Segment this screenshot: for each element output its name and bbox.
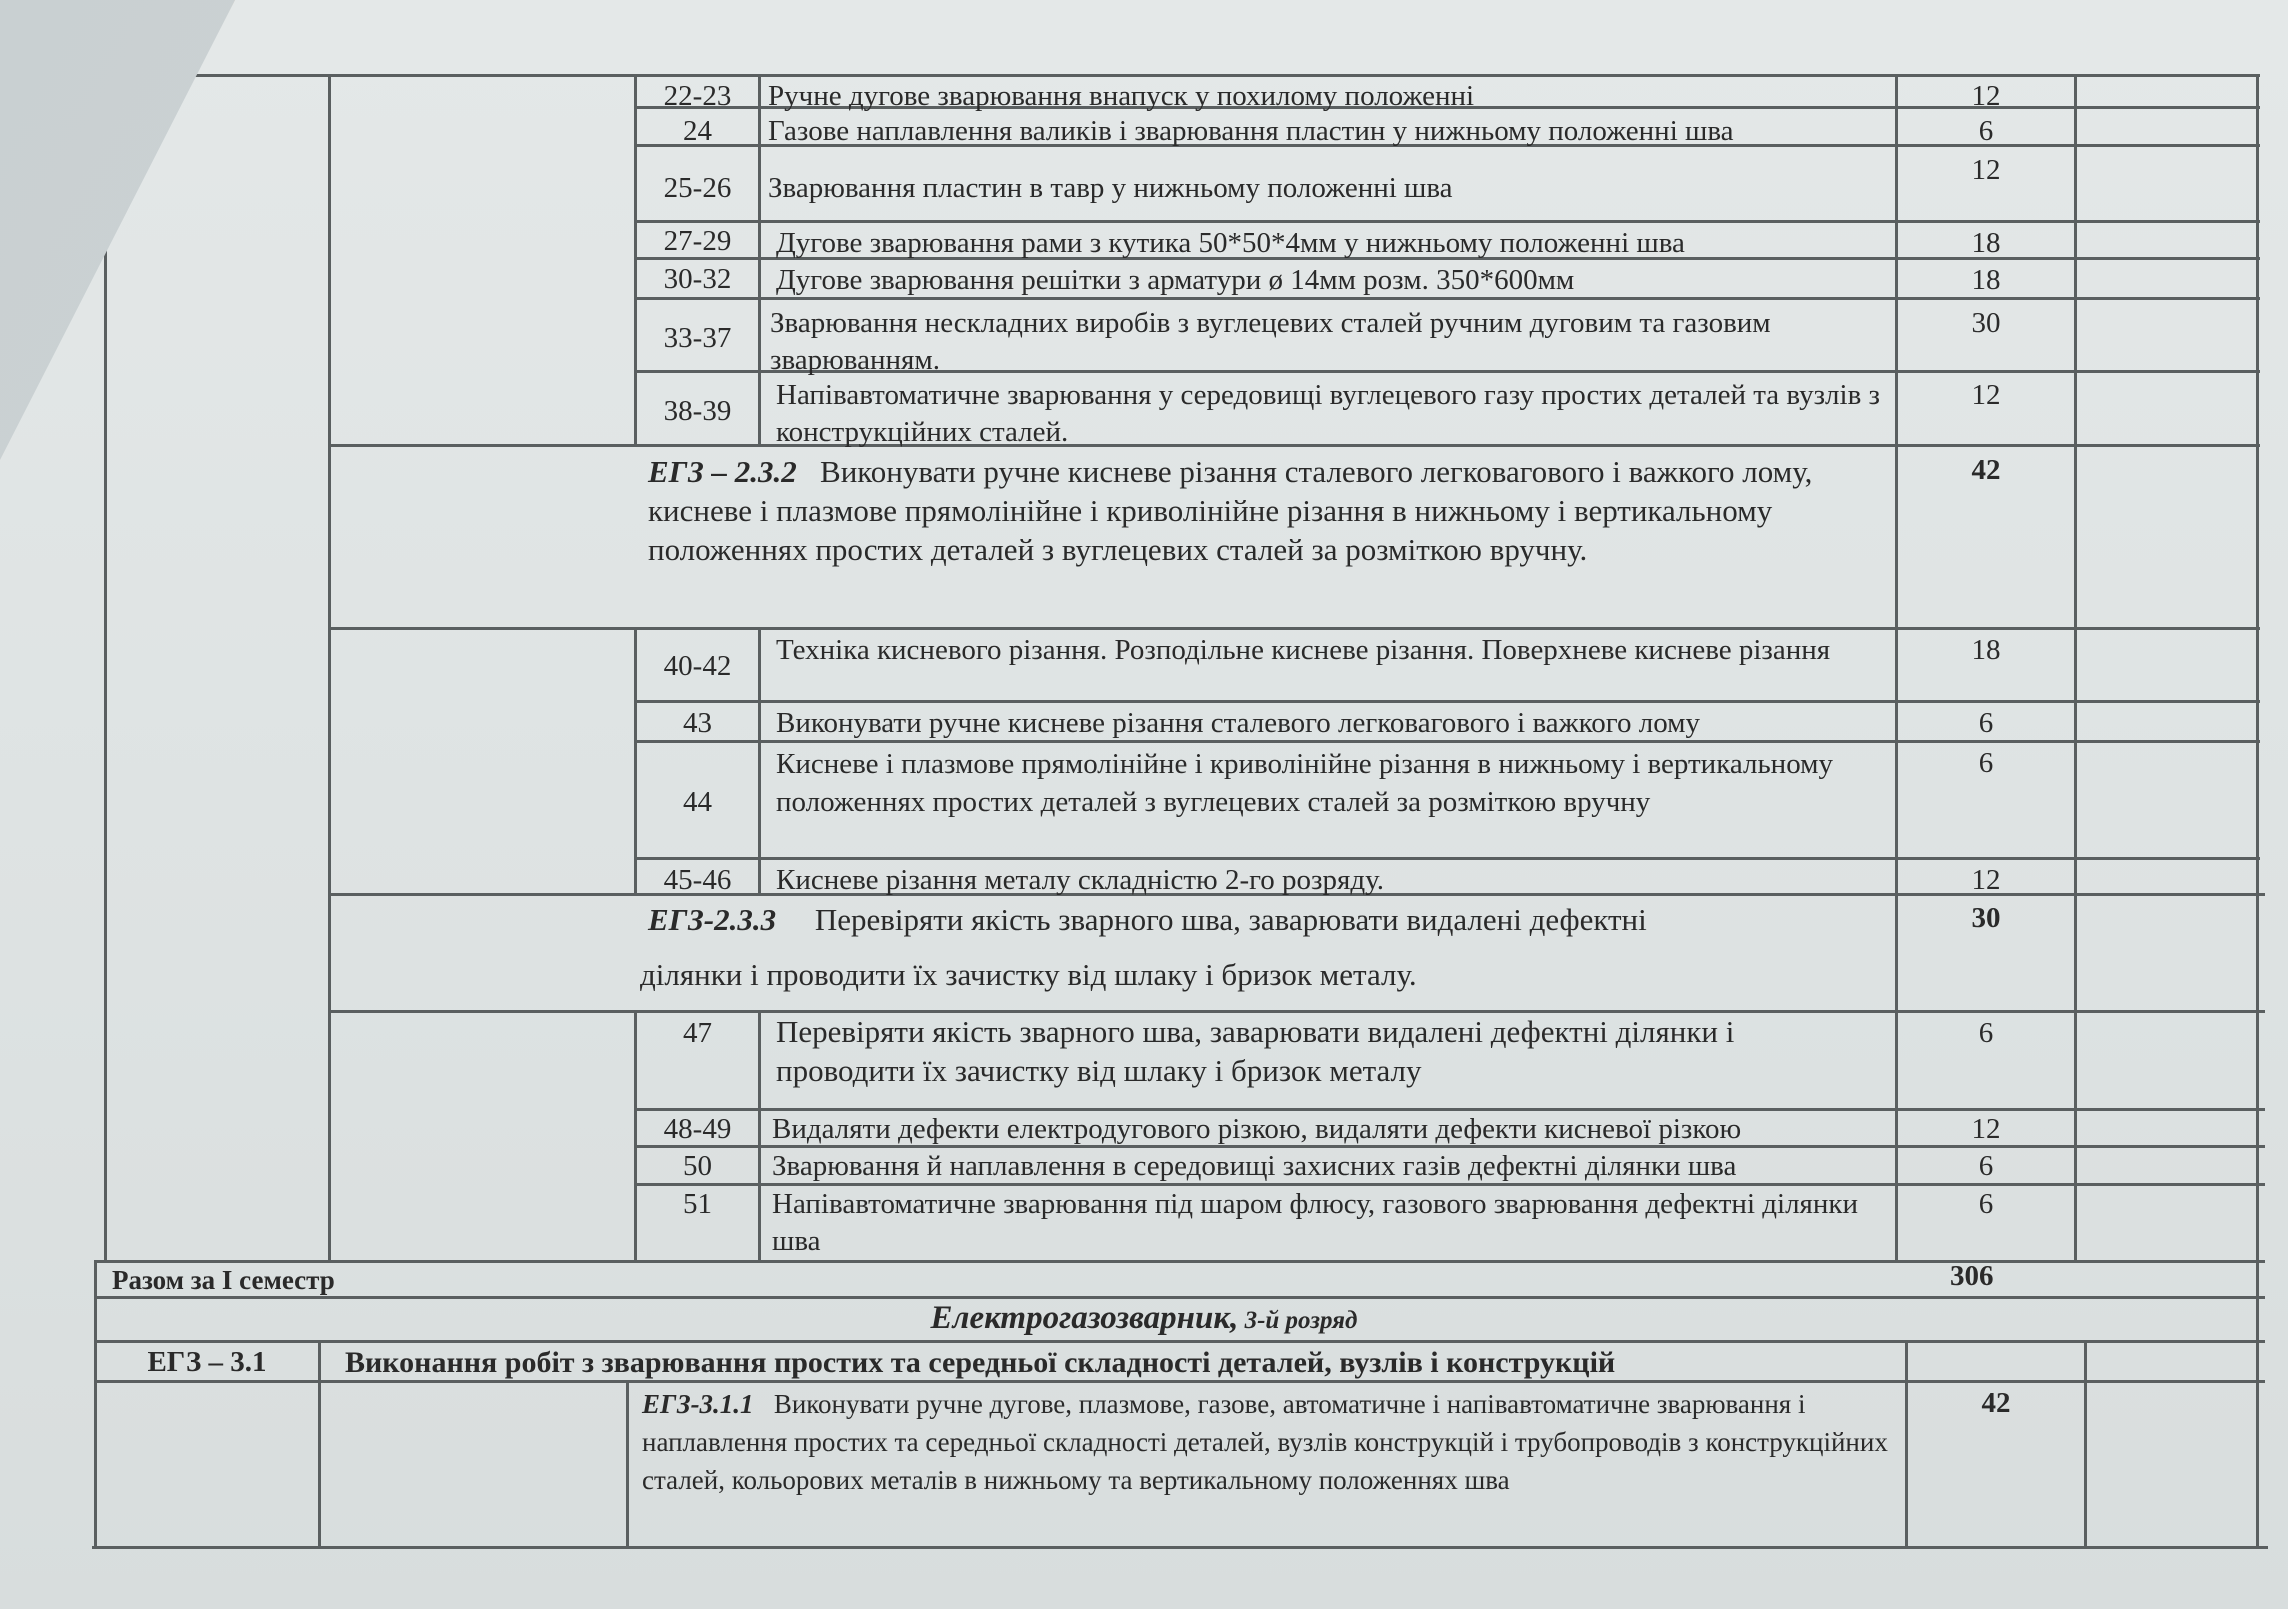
lesson-hours: 12 bbox=[1898, 1111, 2074, 1148]
lesson-topic: Видаляти дефекти електродугового різкою,… bbox=[772, 1111, 1741, 1148]
lesson-topic: Виконувати ручне кисневе різання сталево… bbox=[776, 705, 1700, 742]
col-divider bbox=[318, 1340, 321, 1548]
document-page: 22-23 Ручне дугове зварювання внапуск у … bbox=[0, 0, 2288, 1609]
semester-total-label: Разом за I семестр bbox=[112, 1262, 335, 1299]
lesson-hours: 6 bbox=[1898, 113, 2074, 150]
lesson-hours: 6 bbox=[1898, 1015, 2074, 1052]
col-divider bbox=[2074, 74, 2077, 1260]
lesson-topic: Напівавтоматичне зварювання під шаром фл… bbox=[772, 1186, 1882, 1260]
row-divider bbox=[635, 700, 2260, 703]
lesson-number: 30-32 bbox=[637, 261, 758, 298]
lesson-number: 44 bbox=[637, 784, 758, 821]
lesson-topic: Дугове зварювання рами з кутика 50*50*4м… bbox=[776, 225, 1685, 262]
lesson-number: 27-29 bbox=[637, 223, 758, 260]
competency-text-continued: ділянки і проводити їх зачистку від шлак… bbox=[640, 955, 1417, 994]
lesson-topic: Перевіряти якість зварного шва, заварюва… bbox=[776, 1012, 1876, 1090]
lesson-topic: Газове наплавлення валиків і зварювання … bbox=[768, 113, 1734, 150]
row-divider bbox=[95, 1260, 2265, 1263]
lesson-number: 24 bbox=[637, 113, 758, 150]
lesson-hours: 6 bbox=[1898, 705, 2074, 742]
lesson-number: 47 bbox=[637, 1015, 758, 1052]
lesson-hours: 6 bbox=[1898, 745, 2074, 782]
lesson-topic: Дугове зварювання решітки з арматури ø 1… bbox=[776, 262, 1574, 299]
row-divider bbox=[95, 1296, 2265, 1299]
table-left-border bbox=[104, 170, 107, 1260]
lesson-number: 51 bbox=[637, 1186, 758, 1223]
semester-total-hours: 306 bbox=[1950, 1258, 1994, 1295]
lesson-hours: 12 bbox=[1898, 377, 2074, 414]
competency-hours: 42 bbox=[1908, 1385, 2084, 1422]
lesson-hours: 18 bbox=[1898, 262, 2074, 299]
lesson-number: 43 bbox=[637, 705, 758, 742]
module-title: Виконання робіт з зварювання простих та … bbox=[345, 1344, 1615, 1381]
lesson-topic: Техніка кисневого різання. Розподільне к… bbox=[776, 632, 1886, 669]
col-divider bbox=[1905, 1340, 1908, 1548]
row-divider bbox=[330, 627, 2260, 630]
lesson-number: 50 bbox=[637, 1148, 758, 1185]
lesson-number: 25-26 bbox=[637, 170, 758, 207]
row-divider bbox=[95, 1340, 2265, 1343]
lesson-number: 38-39 bbox=[637, 393, 758, 430]
table-bottom-border bbox=[92, 1546, 2268, 1549]
competency-hours: 42 bbox=[1898, 452, 2074, 489]
competency-hours: 30 bbox=[1898, 900, 2074, 937]
lesson-hours: 12 bbox=[1898, 152, 2074, 189]
lesson-hours: 6 bbox=[1898, 1186, 2074, 1223]
lesson-topic: Кисневе і плазмове прямолінійне і кривол… bbox=[776, 745, 1876, 821]
lesson-number: 22-23 bbox=[637, 78, 758, 115]
competency-code: ЕГЗ-3.1.1 bbox=[642, 1389, 754, 1419]
lesson-hours: 30 bbox=[1898, 305, 2074, 342]
lesson-number: 40-42 bbox=[637, 648, 758, 685]
lesson-hours: 18 bbox=[1898, 632, 2074, 669]
lesson-hours: 12 bbox=[1898, 78, 2074, 115]
lesson-topic: Напівавтоматичне зварювання у середовищі… bbox=[776, 377, 1886, 451]
competency-description: ЕГЗ – 2.3.2 Виконувати ручне кисневе різ… bbox=[648, 452, 1878, 569]
lesson-topic: Кисневе різання металу складністю 2-го р… bbox=[776, 862, 1384, 899]
row-divider bbox=[635, 857, 2260, 860]
competency-code: ЕГЗ – 2.3.2 bbox=[648, 454, 797, 489]
lesson-topic: Зварювання пластин в тавр у нижньому пол… bbox=[768, 170, 1453, 207]
competency-code: ЕГЗ-2.3.3 bbox=[648, 902, 776, 937]
module-code: ЕГЗ – 3.1 bbox=[96, 1344, 318, 1381]
competency-text: Виконувати ручне дугове, плазмове, газов… bbox=[642, 1389, 1888, 1495]
competency-text: Виконувати ручне кисневе різання сталево… bbox=[648, 454, 1812, 567]
lesson-hours: 6 bbox=[1898, 1148, 2074, 1185]
competency-description: ЕГЗ-3.1.1 Виконувати ручне дугове, плазм… bbox=[642, 1385, 1892, 1499]
lesson-topic: Зварювання нескладних виробів з вуглецев… bbox=[770, 305, 1880, 379]
lesson-topic: Зварювання й наплавлення в середовищі за… bbox=[772, 1148, 1736, 1185]
col-divider bbox=[328, 74, 331, 1260]
section-title-main: Електрогазозварник, bbox=[931, 1300, 1239, 1336]
lesson-number: 45-46 bbox=[637, 862, 758, 899]
col-divider bbox=[758, 1010, 761, 1260]
col-divider bbox=[2084, 1340, 2087, 1548]
lesson-number: 48-49 bbox=[637, 1111, 758, 1148]
col-divider bbox=[758, 74, 761, 444]
lesson-topic: Ручне дугове зварювання внапуск у похило… bbox=[768, 78, 1474, 115]
section-title-rank: 3-й розряд bbox=[1238, 1307, 1357, 1334]
col-divider bbox=[758, 627, 761, 893]
competency-text: Перевіряти якість зварного шва, заварюва… bbox=[815, 902, 1647, 937]
competency-description: ЕГЗ-2.3.3 Перевіряти якість зварного шва… bbox=[648, 900, 1647, 939]
table-top-border bbox=[170, 74, 2260, 77]
row-divider bbox=[635, 220, 2260, 223]
lesson-hours: 18 bbox=[1898, 225, 2074, 262]
lesson-number: 33-37 bbox=[637, 320, 758, 357]
section-title: Електрогазозварник, 3-й розряд bbox=[0, 1300, 2288, 1339]
col-divider bbox=[626, 1380, 629, 1548]
lesson-hours: 12 bbox=[1898, 862, 2074, 899]
